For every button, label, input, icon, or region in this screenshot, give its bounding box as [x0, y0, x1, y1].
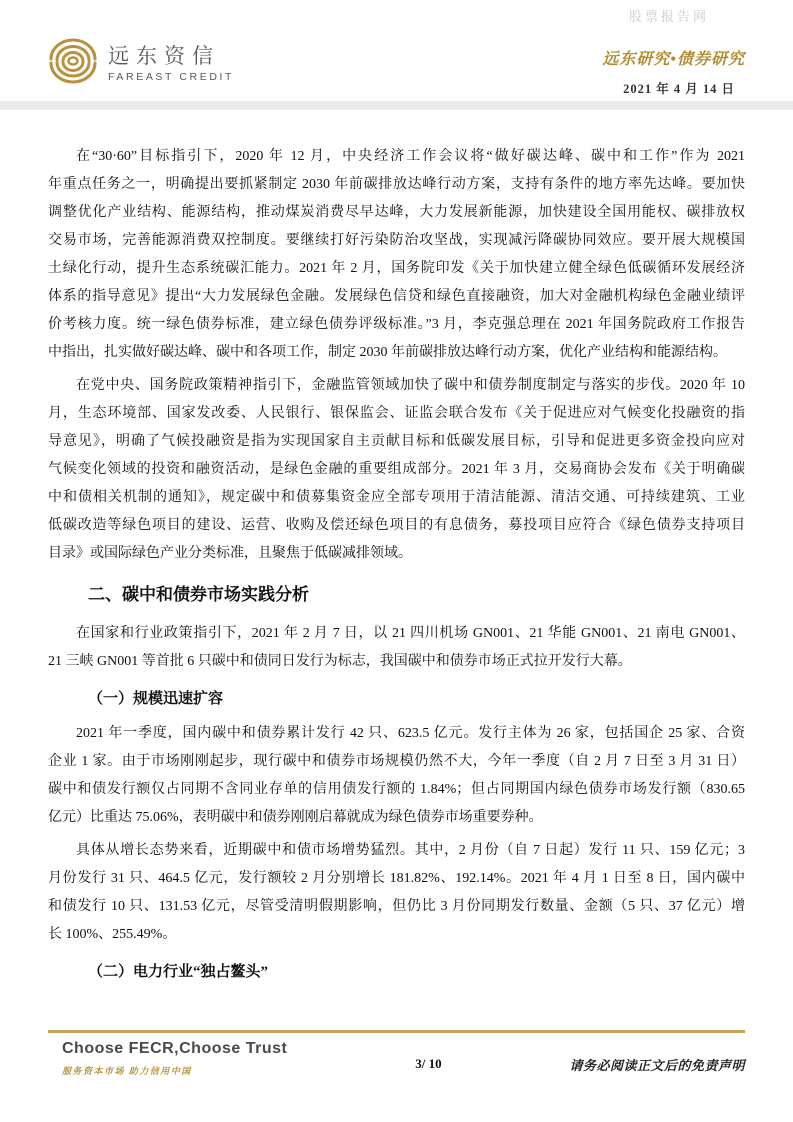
body-line: 中和债相关机制的通知》，规定碳中和债募集资金应全部专项用于清洁能源、清洁交通、可… — [48, 484, 745, 512]
report-page: 股票报告网 远东资信 FAREAST CREDIT 远东研究•债券研究 2021 — [0, 0, 793, 1122]
logo-arcs-icon — [48, 38, 98, 90]
body-line: 2021 年一季度，国内碳中和债券累计发行 42 只、623.5 亿元。发行主体… — [48, 720, 745, 748]
body-line: 气候变化领域的投资和融资活动，是绿色金融的重要组成部分。2021 年 3 月，交… — [48, 456, 745, 484]
footer-left: Choose FECR,Choose Trust 服务资本市场 助力信用中国 — [48, 1040, 287, 1077]
body-line: 在“30·60”目标指引下，2020 年 12 月，中央经济工作会议将“做好碳达… — [48, 143, 745, 171]
body-line: 导意见》，明确了气候投融资是指为实现国家自主贡献目标和低碳发展目标，引导和促进更… — [48, 428, 745, 456]
paragraph-3: 在国家和行业政策指引下，2021 年 2 月 7 日，以 21 四川机场 GN0… — [48, 620, 745, 676]
body-line: 低碳改造等绿色项目的建设、运营、收购及偿还绿色项目的有息债务，募投项目应符合《绿… — [48, 512, 745, 540]
body-line: 21 三峡 GN001 等首批 6 只碳中和债同日发行为标志，我国碳中和债券市场… — [48, 648, 745, 676]
header-right: 远东研究•债券研究 2021 年 4 月 14 日 — [602, 46, 745, 97]
body-line: 在党中央、国务院政策精神指引下，金融监管领域加快了碳中和债券制度制定与落实的步伐… — [48, 372, 745, 400]
footer-slogan-en: Choose FECR,Choose Trust — [62, 1040, 287, 1058]
subsection-heading-1: （一）规模迅速扩容 — [48, 685, 745, 713]
footer: Choose FECR,Choose Trust 服务资本市场 助力信用中国 3… — [48, 1040, 745, 1077]
paragraph-1: 在“30·60”目标指引下，2020 年 12 月，中央经济工作会议将“做好碳达… — [48, 143, 745, 367]
body-line: 目录》或国际绿色产业分类标准，且聚焦于低碳减排领域。 — [48, 540, 745, 568]
report-series-title: 远东研究•债券研究 — [602, 46, 745, 69]
paragraph-4: 2021 年一季度，国内碳中和债券累计发行 42 只、623.5 亿元。发行主体… — [48, 720, 745, 832]
subsection-heading-2: （二）电力行业“独占鳌头” — [48, 958, 745, 986]
logo-text: 远东资信 FAREAST CREDIT — [108, 45, 234, 83]
paragraph-5: 具体从增长态势来看，近期碳中和债市场增势猛烈。其中，2 月份（自 7 日起）发行… — [48, 837, 745, 949]
header-divider-bar — [0, 101, 793, 110]
company-logo: 远东资信 FAREAST CREDIT — [48, 38, 234, 90]
body-line: 碳中和债发行额仅占同期不含同业存单的信用债发行额的 1.84%；但占同期国内绿色… — [48, 776, 745, 804]
body-line: 长 100%、255.49%。 — [48, 921, 745, 949]
footer-divider-line — [48, 1030, 745, 1033]
section-heading: 二、碳中和债券市场实践分析 — [48, 581, 745, 609]
watermark: 股票报告网 — [629, 6, 709, 25]
logo-name-en: FAREAST CREDIT — [108, 71, 234, 83]
body-line: 调整优化产业结构、能源结构，推动煤炭消费尽早达峰，大力发展新能源，加快建设全国用… — [48, 199, 745, 227]
body-line: 交易市场，完善能源消费双控制度。要继续打好污染防治攻坚战，实现减污降碳协同效应。… — [48, 227, 745, 255]
body-line: 年重点任务之一，明确提出要抓紧制定 2030 年前碳排放达峰行动方案，支持有条件… — [48, 171, 745, 199]
body-line: 体系的指导意见》提出“大力发展绿色金融。发展绿色信贷和绿色直接融资，加大对金融机… — [48, 283, 745, 311]
footer-slogan-cn: 服务资本市场 助力信用中国 — [62, 1064, 287, 1077]
body-line: 价考核力度。统一绿色债券标准，建立绿色债券评级标准。”3 月，李克强总理在 20… — [48, 311, 745, 339]
paragraph-2: 在党中央、国务院政策精神指引下，金融监管领域加快了碳中和债券制度制定与落实的步伐… — [48, 372, 745, 568]
page-number: 3/ 10 — [415, 1056, 441, 1072]
logo-name-cn: 远东资信 — [108, 45, 234, 68]
body-line: 月份发行 31 只、464.5 亿元，发行额较 2 月分别增长 181.82%、… — [48, 865, 745, 893]
body-line: 亿元）比重达 75.06%，表明碳中和债券刚刚启幕就成为绿色债券市场重要券种。 — [48, 804, 745, 832]
document-body: 在“30·60”目标指引下，2020 年 12 月，中央经济工作会议将“做好碳达… — [48, 143, 745, 993]
body-line: 企业 1 家。由于市场刚刚起步，现行碳中和债券市场规模仍然不大，今年一季度（自 … — [48, 748, 745, 776]
body-line: 和债发行 10 只、131.53 亿元，尽管受清明假期影响，但仍比 3 月份同期… — [48, 893, 745, 921]
body-line: 在国家和行业政策指引下，2021 年 2 月 7 日，以 21 四川机场 GN0… — [48, 620, 745, 648]
report-date: 2021 年 4 月 14 日 — [602, 79, 745, 97]
body-line: 具体从增长态势来看，近期碳中和债市场增势猛烈。其中，2 月份（自 7 日起）发行… — [48, 837, 745, 865]
footer-disclaimer: 请务必阅读正文后的免责声明 — [569, 1055, 745, 1074]
body-line: 中指出，扎实做好碳达峰、碳中和各项工作，制定 2030 年前碳排放达峰行动方案，… — [48, 339, 745, 367]
body-line: 月，生态环境部、国家发改委、人民银行、银保监会、证监会联合发布《关于促进应对气候… — [48, 400, 745, 428]
body-line: 土绿化行动，提升生态系统碳汇能力。2021 年 2 月，国务院印发《关于加快建立… — [48, 255, 745, 283]
